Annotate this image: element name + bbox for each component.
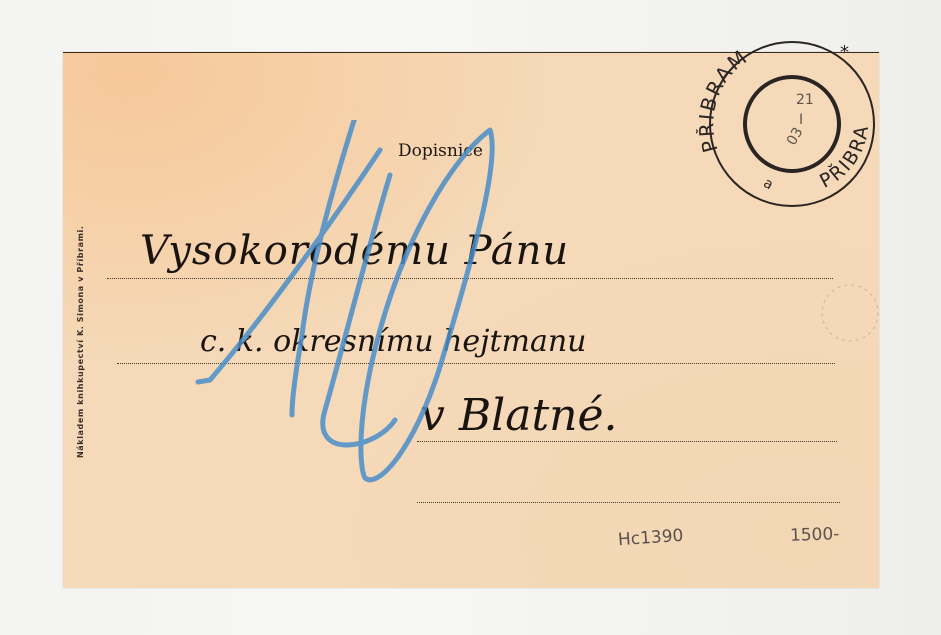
- postmark-date-year: 03: [784, 125, 807, 148]
- svg-text:PŘIBRAM: PŘIBRAM: [696, 44, 753, 155]
- address-destination: v Blatné.: [420, 390, 618, 441]
- postmark-section-letter: a: [761, 175, 776, 193]
- postcard-title: Dopisnice: [398, 141, 483, 161]
- postmark-stamp: PŘIBRAM PŘIBRAM * a 21 I 03: [696, 38, 878, 210]
- postmark-town-top: PŘIBRAM: [696, 44, 753, 155]
- publisher-imprint: Nákladem knihkupectví K. Simona v Příbra…: [76, 158, 85, 458]
- postmark-star-icon: *: [840, 42, 849, 63]
- pencil-price: 1500-: [790, 524, 840, 546]
- address-line-4-rule: [417, 502, 840, 503]
- address-line-3-rule: [417, 441, 837, 442]
- postmark-date-day: 21: [796, 92, 814, 108]
- postmark-date-month: I: [799, 112, 803, 128]
- address-recipient-salutation: Vysokorodému Pánu: [140, 228, 569, 274]
- address-recipient-title: c. k. okresnímu hejtmanu: [200, 324, 586, 359]
- address-line-1-rule: [107, 278, 833, 279]
- address-line-2-rule: [117, 363, 835, 364]
- faint-postmark-impression: [812, 278, 882, 348]
